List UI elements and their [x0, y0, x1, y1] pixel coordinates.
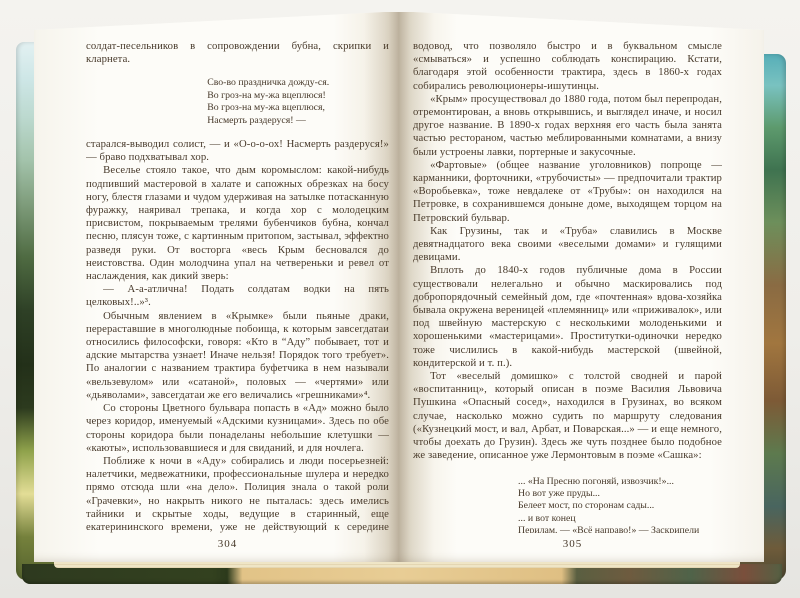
page-number-left: 304 — [86, 533, 389, 552]
paragraph: Со стороны Цветного бульвара попасть в «… — [86, 402, 389, 455]
paragraph: Веселье стояло такое, что дым коромыслом… — [86, 164, 389, 283]
verse-line: Во гроз-на му-жа вцеплюся! — [207, 90, 389, 102]
verse-line: Белеет мост, по сторонам сады... — [518, 500, 722, 512]
poem-excerpt: ... «На Пресню погоняй, извозчик!»... Но… — [518, 476, 722, 534]
paragraph: Обычным явлением в «Крымке» были пьяные … — [86, 310, 389, 402]
verse-line: Но вот уже пруды... — [518, 488, 722, 500]
paragraph: «Фартовые» (общее название уголовников) … — [413, 159, 722, 225]
paragraph: Поближе к ночи в «Аду» собирались и люди… — [86, 455, 389, 533]
verse-line: ... и вот конец — [518, 513, 722, 525]
right-page-text: водовод, что позволяло быстро и в буквал… — [413, 40, 722, 533]
paragraph: старался-выводил солист, — и «О-о-о-ох! … — [86, 138, 389, 164]
verse-line: ... «На Пресню погоняй, извозчик!»... — [518, 476, 722, 488]
paragraph: водовод, что позволяло быстро и в буквал… — [413, 40, 722, 93]
verse-line: Сво-во праздничка дожду-ся. — [207, 77, 389, 89]
open-book-spread: солдат-песельников в сопровождении бубна… — [34, 10, 764, 562]
paragraph: — А-а-атлична! Подать солдатам водки на … — [86, 283, 389, 309]
right-page: водовод, что позволяло быстро и в буквал… — [399, 10, 764, 562]
paragraph: «Крым» просуществовал до 1880 года, пото… — [413, 93, 722, 159]
song-verse: Сво-во праздничка дожду-ся. Во гроз-на м… — [207, 77, 389, 127]
left-page: солдат-песельников в сопровождении бубна… — [34, 10, 399, 562]
verse-line: Во гроз-на му-жа вцеплюся, — [207, 102, 389, 114]
left-page-text: солдат-песельников в сопровождении бубна… — [86, 40, 389, 533]
paragraph: Тот «веселый домишко» с толстой сводней … — [413, 370, 722, 462]
book-photo: солдат-песельников в сопровождении бубна… — [0, 0, 800, 598]
paragraph: Как Грузины, так и «Труба» славились в М… — [413, 225, 722, 265]
verse-line: Перилам. — «Всё направо!» — Заскрипели — [518, 525, 722, 533]
paragraph: солдат-песельников в сопровождении бубна… — [86, 40, 389, 66]
verse-line: Насмерть раздеруся! — — [207, 115, 389, 127]
paragraph: Вплоть до 1840-х годов публичные дома в … — [413, 264, 722, 370]
page-number-right: 305 — [413, 533, 722, 552]
